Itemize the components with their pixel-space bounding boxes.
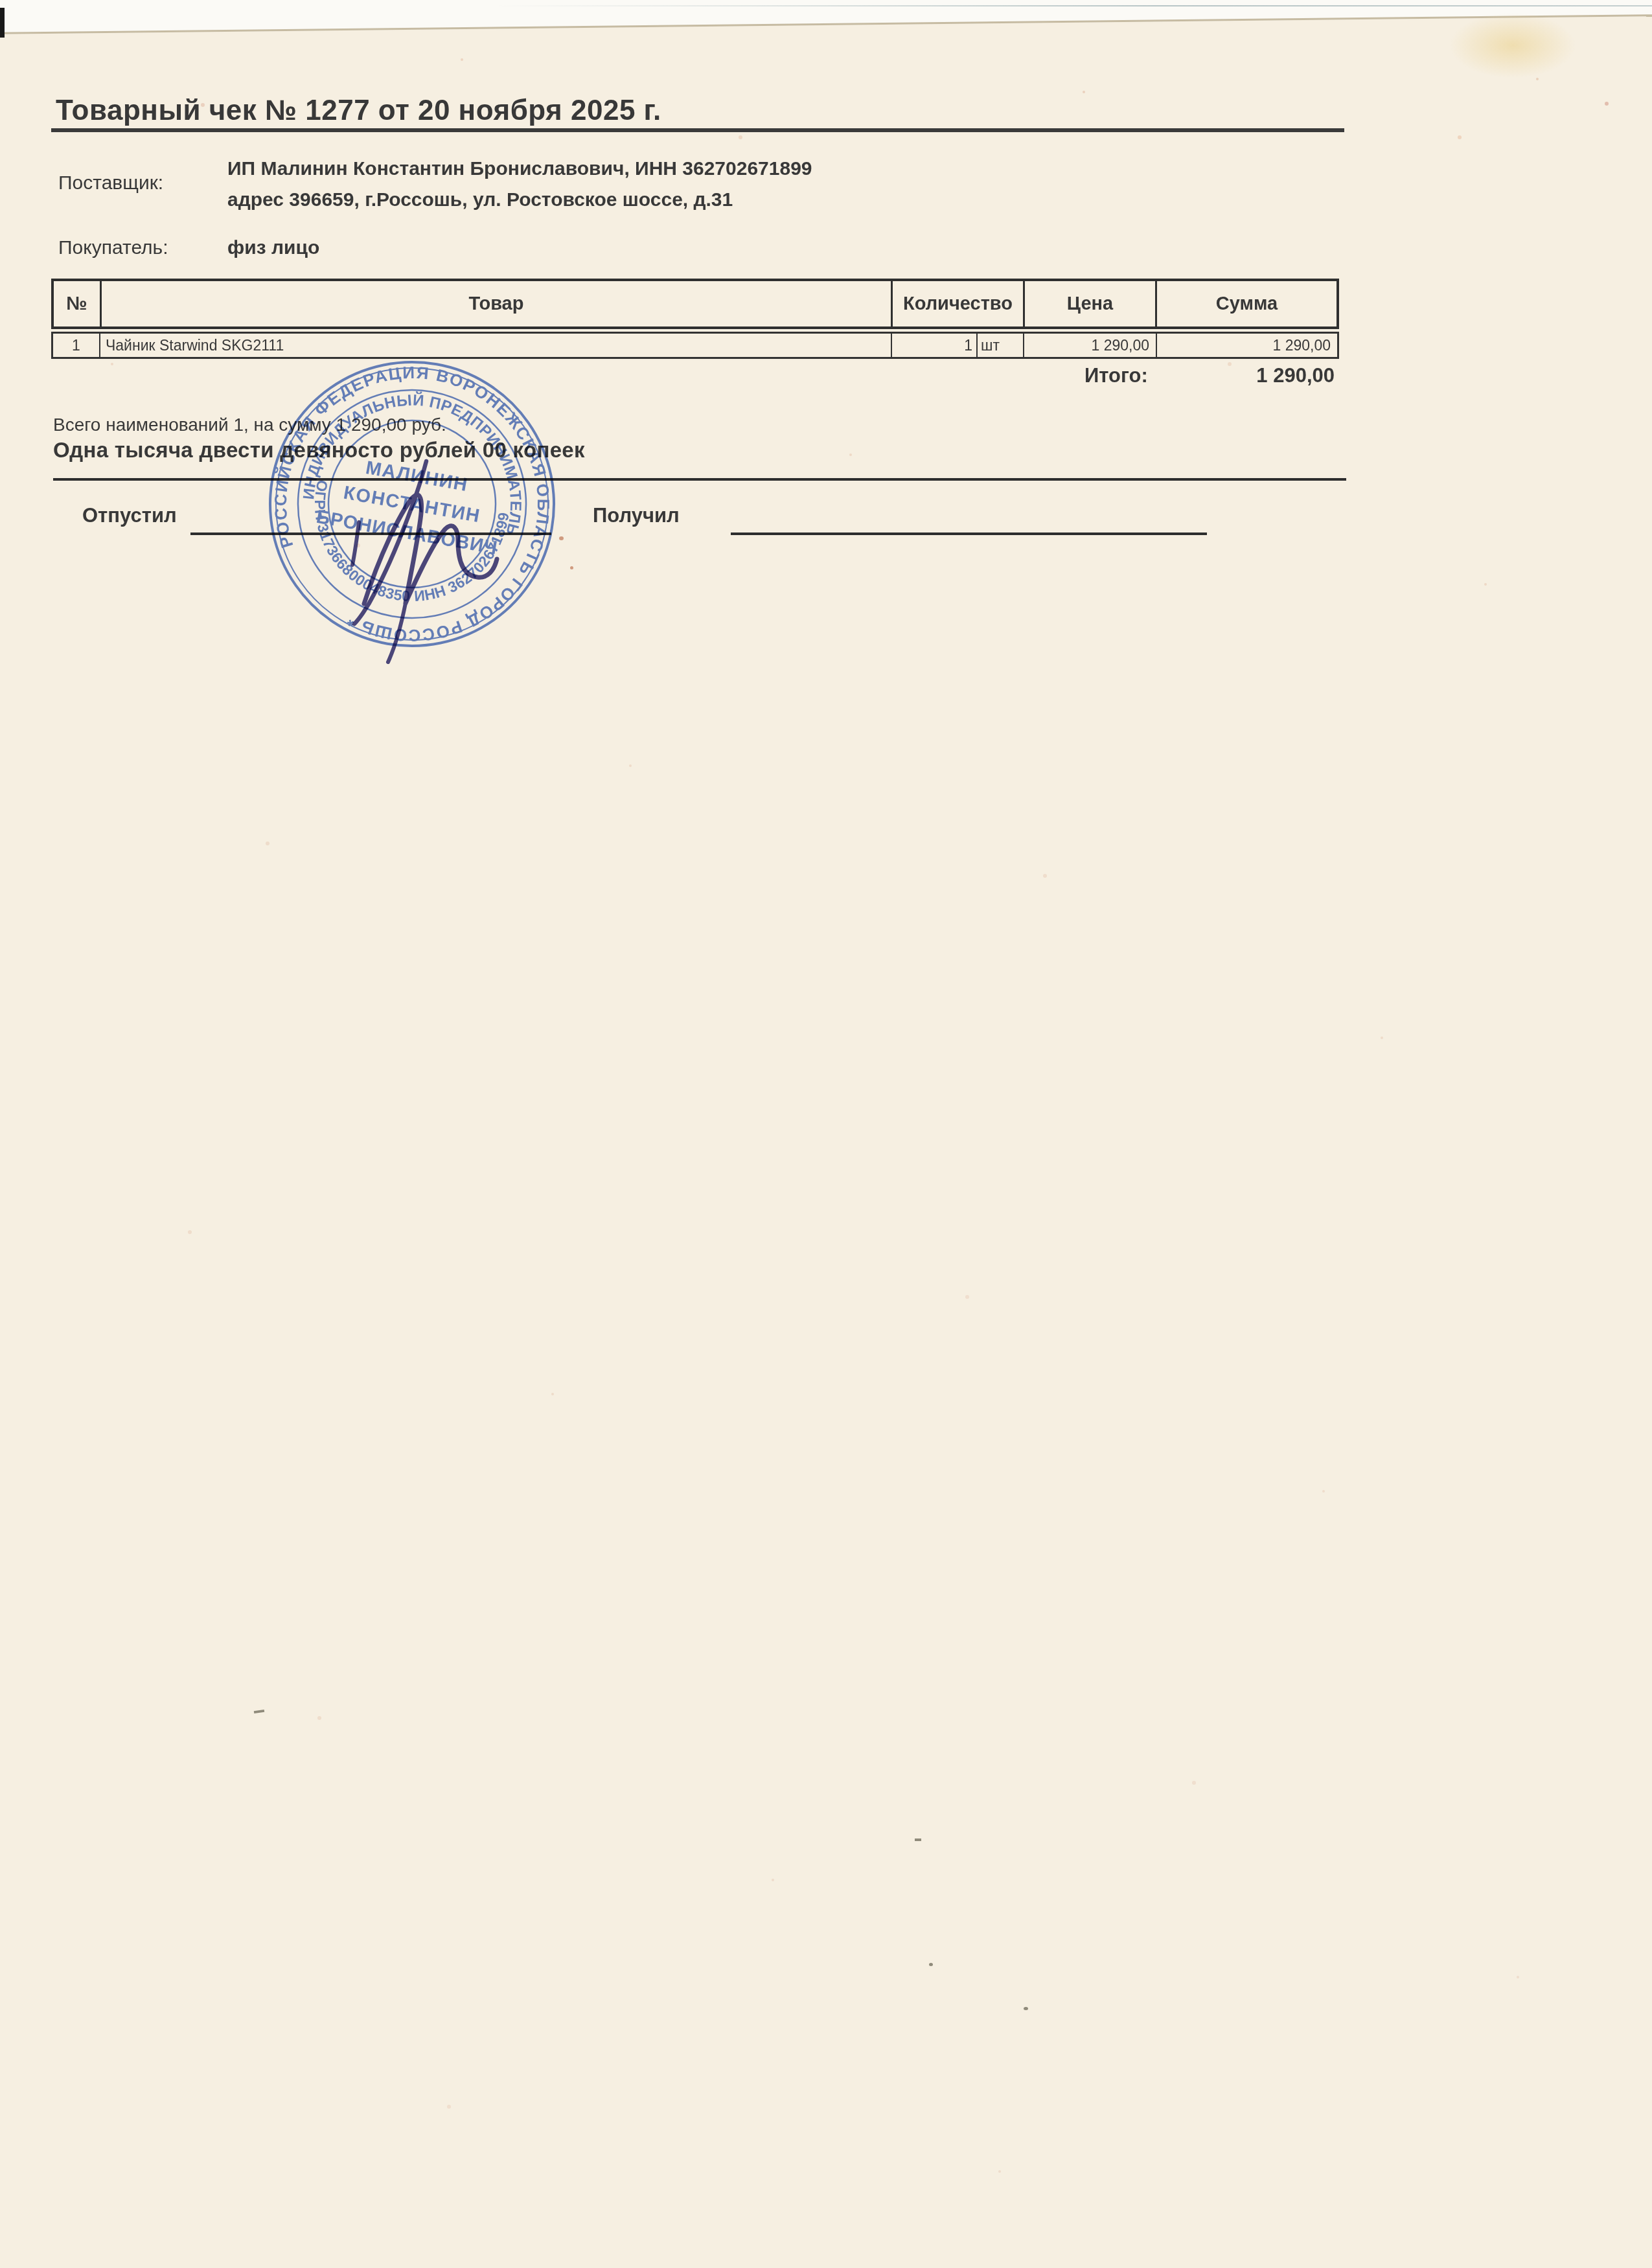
paper-stain bbox=[1425, 0, 1600, 91]
released-by-label: Отпустил bbox=[82, 504, 177, 527]
signature-stroke bbox=[352, 522, 359, 565]
receipt-title: Товарный чек № 1277 от 20 ноября 2025 г. bbox=[56, 95, 661, 127]
paper-mark bbox=[929, 1963, 933, 1966]
paper-mark bbox=[915, 1838, 921, 1841]
header-item: Товар bbox=[100, 281, 891, 326]
signature-line-received bbox=[731, 533, 1207, 535]
row-qty: 1 bbox=[891, 334, 976, 357]
paper-mark bbox=[254, 1710, 264, 1713]
supplier-name-line: ИП Малинин Константин Брониславович, ИНН… bbox=[227, 158, 812, 180]
supplier-address-line: адрес 396659, г.Россошь, ул. Ростовское … bbox=[227, 189, 733, 211]
scanner-edge-line bbox=[0, 5, 1652, 6]
signature-ink bbox=[285, 389, 557, 687]
paper-mark bbox=[1024, 2007, 1028, 2010]
title-rule bbox=[51, 128, 1344, 132]
signature-stroke bbox=[388, 603, 406, 662]
row-sum: 1 290,00 bbox=[1156, 334, 1337, 357]
scanner-corner-mark bbox=[0, 8, 5, 38]
header-qty: Количество bbox=[891, 281, 1023, 326]
items-table-header: № Товар Количество Цена Сумма bbox=[51, 279, 1339, 329]
header-num: № bbox=[54, 281, 100, 326]
buyer-label: Покупатель: bbox=[58, 237, 168, 259]
signature-stroke bbox=[364, 495, 497, 604]
buyer-value: физ лицо bbox=[227, 237, 319, 259]
total-value: 1 290,00 bbox=[1160, 364, 1335, 387]
row-unit: шт bbox=[976, 334, 1023, 357]
header-price: Цена bbox=[1023, 281, 1155, 326]
row-price: 1 290,00 bbox=[1023, 334, 1156, 357]
supplier-label: Поставщик: bbox=[58, 172, 163, 194]
header-sum: Сумма bbox=[1155, 281, 1337, 326]
row-num: 1 bbox=[53, 334, 99, 357]
received-by-label: Получил bbox=[593, 504, 680, 527]
total-label: Итого: bbox=[1084, 364, 1148, 387]
